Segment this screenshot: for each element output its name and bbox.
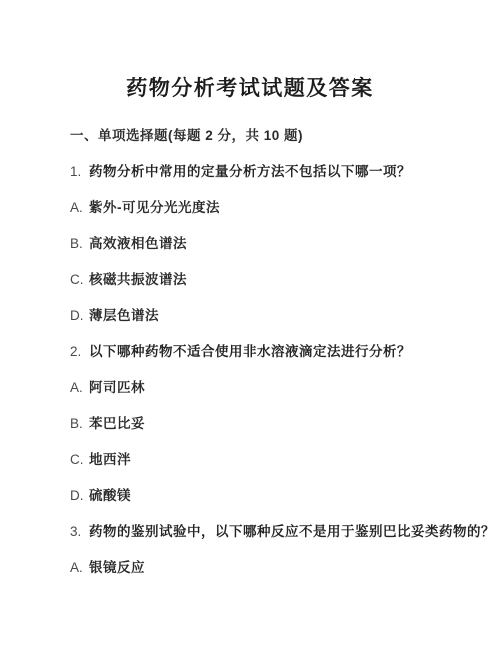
option-label: C. [70, 272, 89, 288]
option-text: 阿司匹林 [89, 380, 145, 396]
question-1-option-d: D. 薄层色谱法 [70, 308, 500, 324]
option-text: 薄层色谱法 [89, 308, 159, 324]
question-1-option-b: B. 高效液相色谱法 [70, 236, 500, 252]
question-1-number: 1. [70, 164, 89, 180]
option-text: 银镜反应 [89, 560, 145, 576]
option-label: A. [70, 560, 89, 576]
question-2: 2. 以下哪种药物不适合使用非水溶液滴定法进行分析？ [70, 344, 500, 360]
question-1-option-c: C. 核磁共振波谱法 [70, 272, 500, 288]
page-title: 药物分析考试试题及答案 [0, 0, 500, 102]
option-text: 地西泮 [89, 452, 131, 468]
question-1-text: 药物分析中常用的定量分析方法不包括以下哪一项？ [89, 164, 411, 180]
option-label: B. [70, 236, 89, 252]
option-label: C. [70, 452, 89, 468]
question-1-option-a: A. 紫外-可见分光光度法 [70, 200, 500, 216]
question-2-option-d: D. 硫酸镁 [70, 488, 500, 504]
option-text: 紫外-可见分光光度法 [89, 200, 220, 216]
question-1: 1. 药物分析中常用的定量分析方法不包括以下哪一项？ [70, 164, 500, 180]
option-text: 核磁共振波谱法 [89, 272, 187, 288]
question-3-option-a: A. 银镜反应 [70, 560, 500, 576]
option-label: D. [70, 488, 89, 504]
question-2-option-b: B. 苯巴比妥 [70, 416, 500, 432]
option-text: 苯巴比妥 [89, 416, 145, 432]
option-label: A. [70, 380, 89, 396]
question-2-text: 以下哪种药物不适合使用非水溶液滴定法进行分析？ [89, 344, 411, 360]
section-heading: 一、单项选择题(每题 2 分，共 10 题) [70, 128, 500, 144]
question-2-option-c: C. 地西泮 [70, 452, 500, 468]
question-3-text: 药物的鉴别试验中，以下哪种反应不是用于鉴别巴比妥类药物的？ [89, 524, 495, 540]
question-2-option-a: A. 阿司匹林 [70, 380, 500, 396]
question-3: 3. 药物的鉴别试验中，以下哪种反应不是用于鉴别巴比妥类药物的？ [70, 524, 500, 540]
option-label: D. [70, 308, 89, 324]
question-2-number: 2. [70, 344, 89, 360]
option-text: 高效液相色谱法 [89, 236, 187, 252]
option-label: B. [70, 416, 89, 432]
option-label: A. [70, 200, 89, 216]
option-text: 硫酸镁 [89, 488, 131, 504]
exam-document-page: 药物分析考试试题及答案 一、单项选择题(每题 2 分，共 10 题) 1. 药物… [0, 0, 500, 647]
question-3-number: 3. [70, 524, 89, 540]
